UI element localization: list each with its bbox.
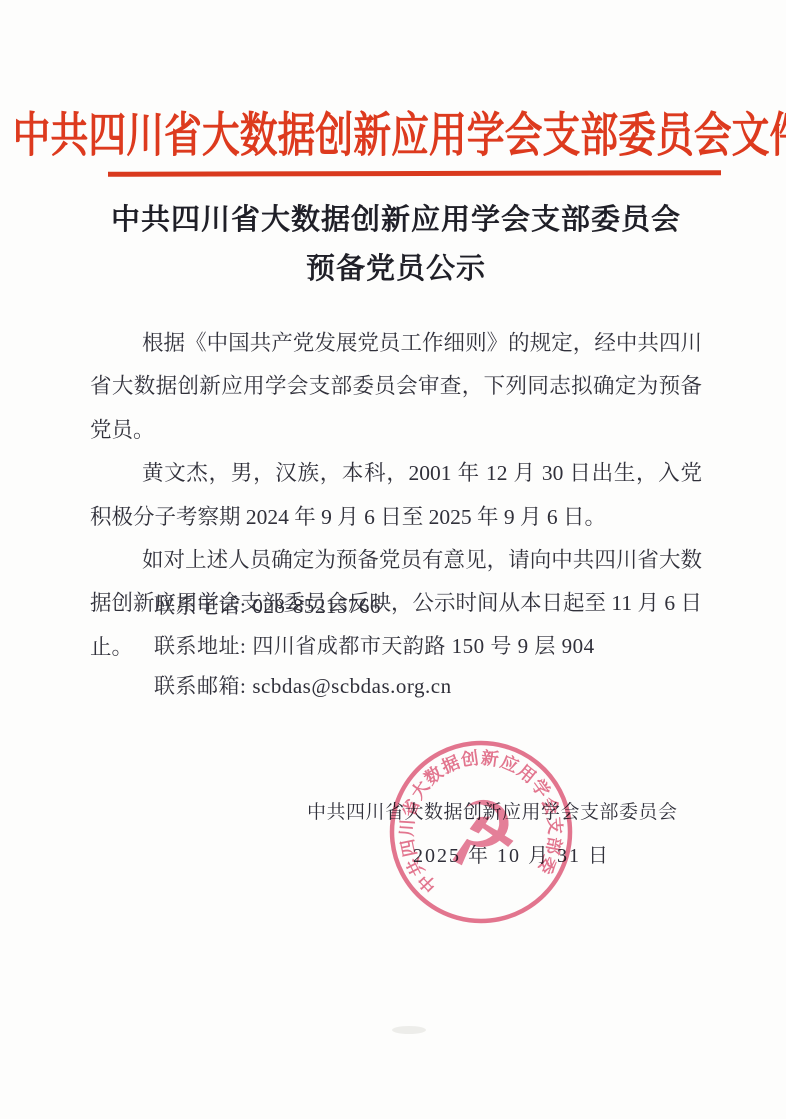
contact-email-line: 联系邮箱:scbdas@scbdas.org.cn <box>154 666 595 706</box>
contact-email-label: 联系邮箱: <box>154 674 246 698</box>
letterhead-title: 中共四川省大数据创新应用学会支部委员会文件 <box>143 93 676 169</box>
document-page: 中共四川省大数据创新应用学会支部委员会文件 中共四川省大数据创新应用学会支部委员… <box>0 0 786 1119</box>
contact-email-value: scbdas@scbdas.org.cn <box>252 674 451 698</box>
contact-block: 联系电话:028-85215766 联系地址:四川省成都市天韵路 150 号 9… <box>154 586 595 706</box>
contact-address-label: 联系地址: <box>154 634 246 658</box>
body-paragraph-candidate: 黄文杰，男，汉族，本科，2001 年 12 月 30 日出生，入党积极分子考察期… <box>90 452 702 539</box>
contact-phone-value: 028-85215766 <box>252 594 381 618</box>
official-seal: 中共四川省大数据创新应用学会支部委员会 ☭ <box>377 728 586 937</box>
document-title-line2: 预备党员公示 <box>90 245 702 294</box>
document-title-line1: 中共四川省大数据创新应用学会支部委员会 <box>90 196 702 245</box>
contact-address-line: 联系地址:四川省成都市天韵路 150 号 9 层 904 <box>154 626 595 666</box>
contact-address-value: 四川省成都市天韵路 150 号 9 层 904 <box>252 634 594 658</box>
letterhead-divider <box>108 170 721 177</box>
contact-phone-label: 联系电话: <box>154 594 246 618</box>
body-paragraph-basis: 根据《中国共产党发展党员工作细则》的规定，经中共四川省大数据创新应用学会支部委员… <box>90 322 702 452</box>
signature-organization: 中共四川省大数据创新应用学会支部委员会 <box>307 797 659 824</box>
document-title: 中共四川省大数据创新应用学会支部委员会 预备党员公示 <box>90 196 702 294</box>
scan-artifact <box>392 1026 426 1034</box>
signature-date: 2025 年 10 月 31 日 <box>413 839 610 868</box>
contact-phone-line: 联系电话:028-85215766 <box>154 586 595 626</box>
seal-outer-ring <box>383 734 579 930</box>
